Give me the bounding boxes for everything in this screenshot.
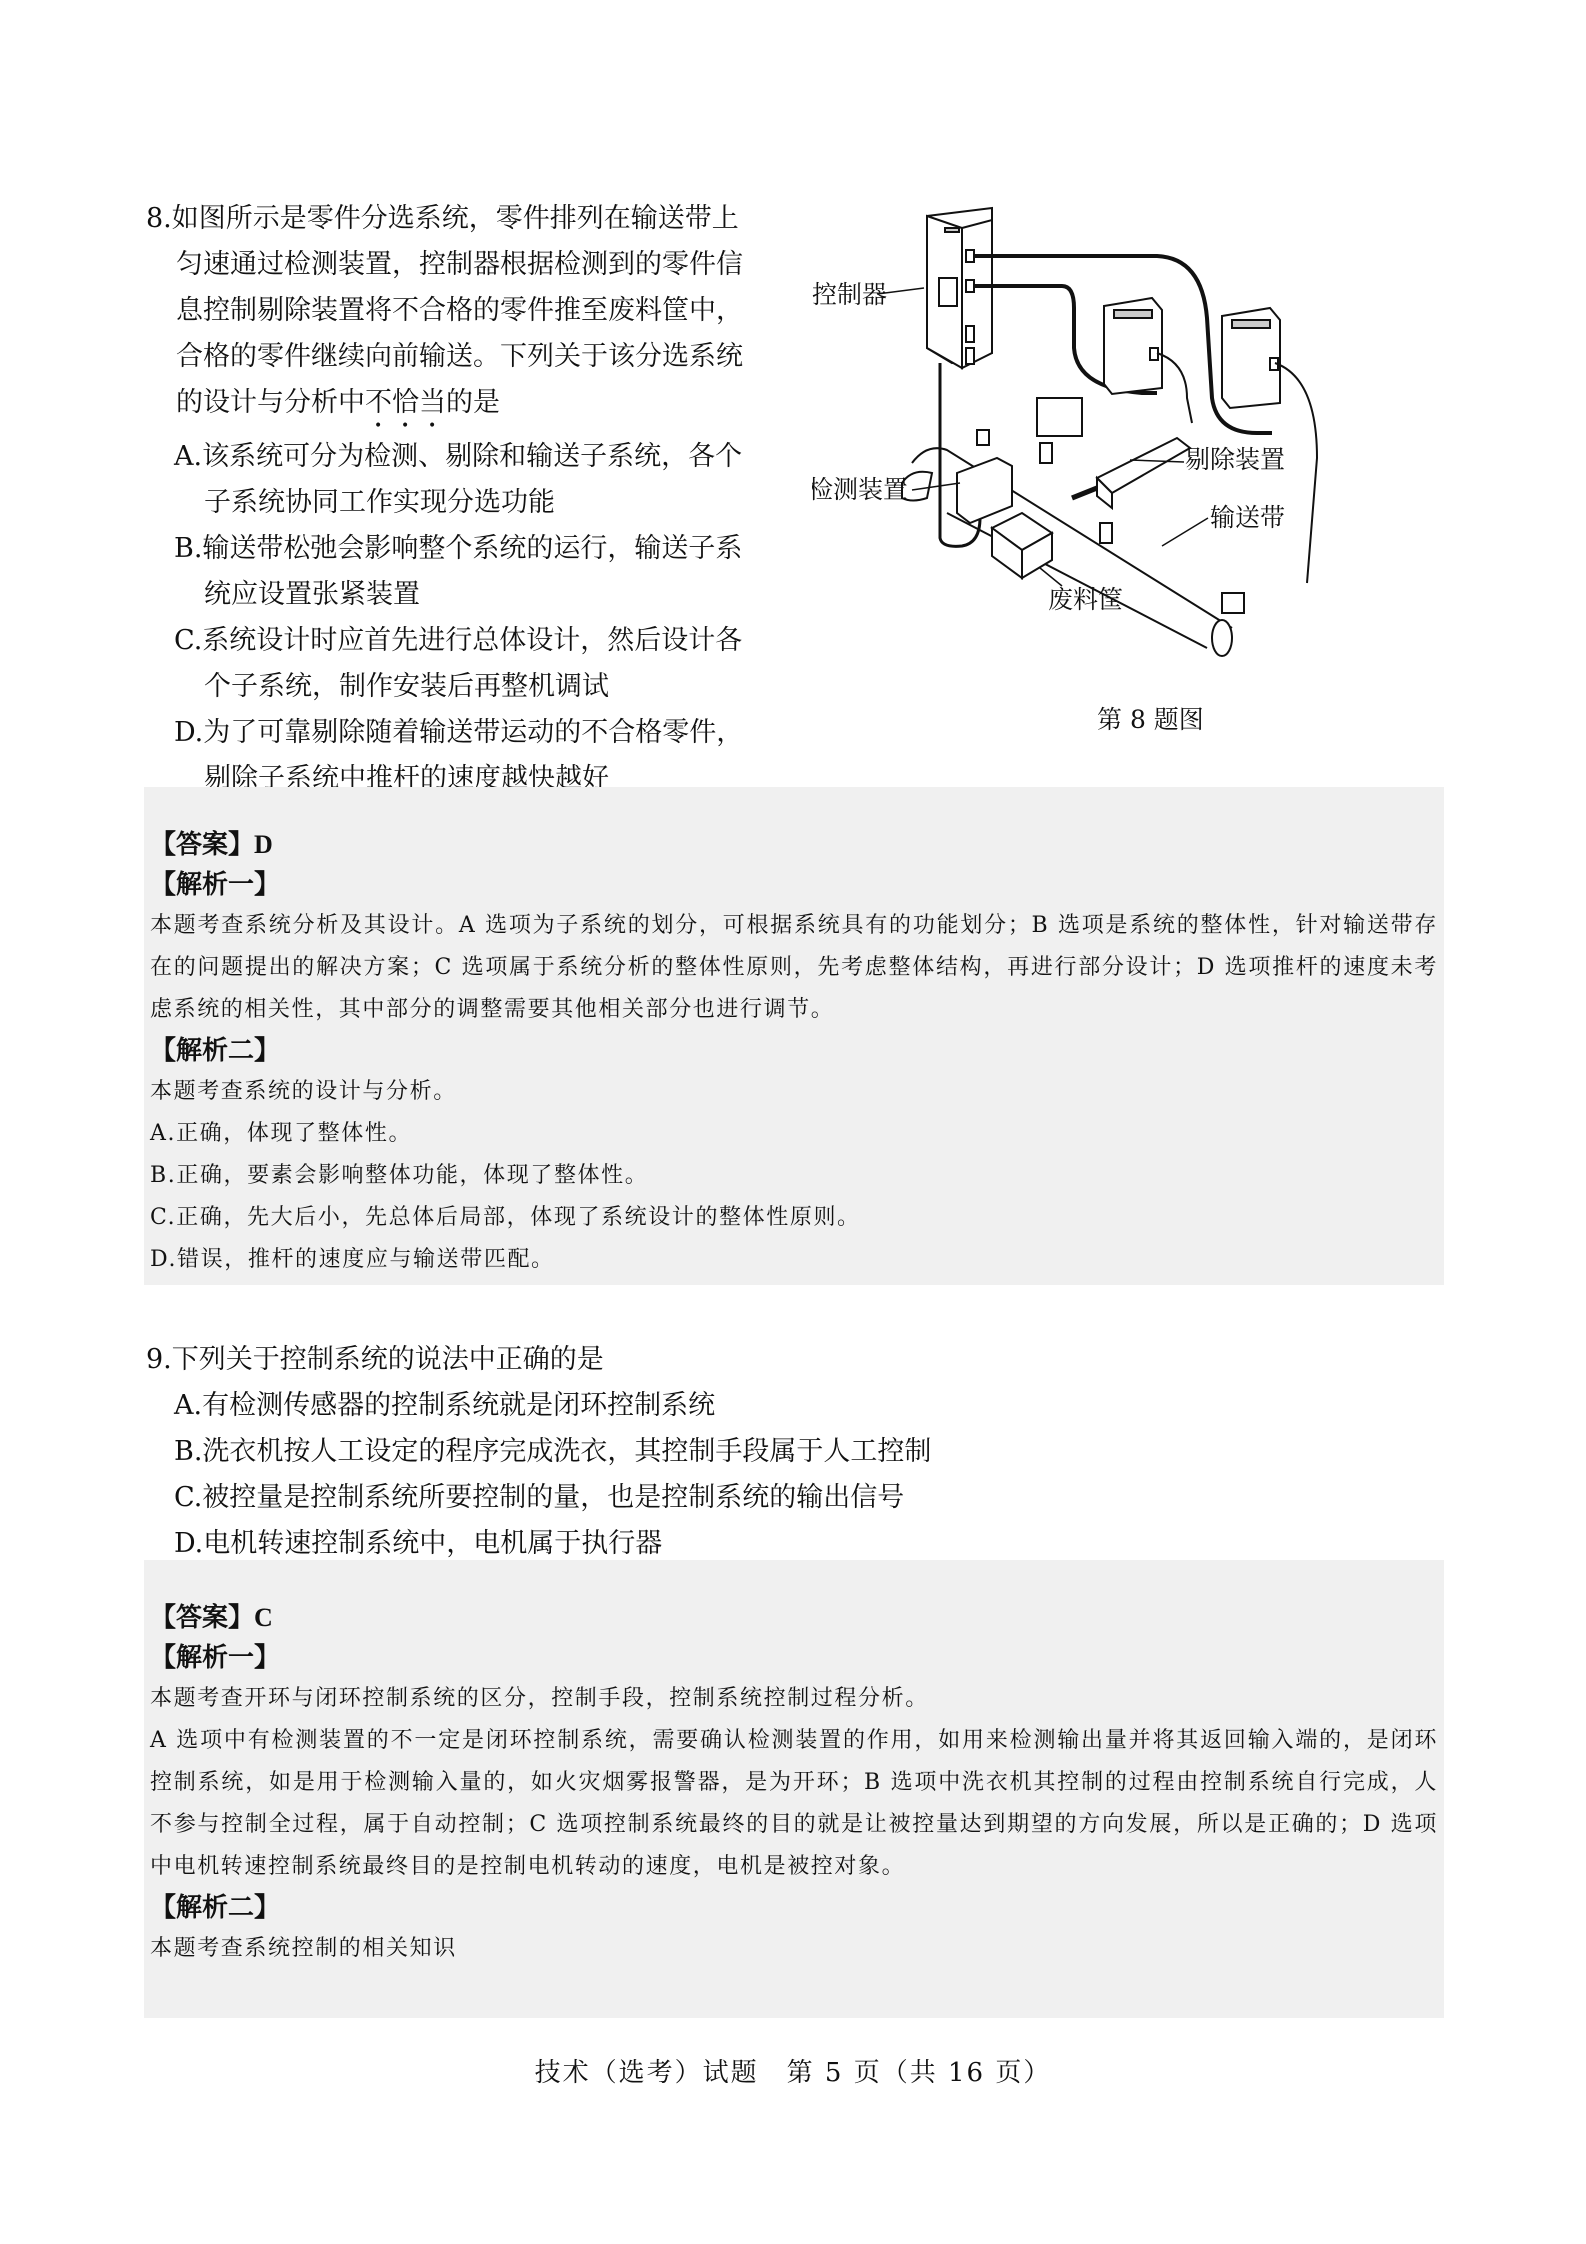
analysis-1-label: 【解析一】	[150, 1638, 1444, 1678]
question-8-option-b: B.输送带松弛会影响整个系统的运行，输送子系统应设置张紧装置	[146, 526, 786, 618]
question-8-stem-line-5: 的设计与分析中不恰当的是	[146, 380, 786, 434]
rejector-icon	[1097, 438, 1190, 493]
question-9: 9.下列关于控制系统的说法中正确的是 A.有检测传感器的控制系统就是闭环控制系统…	[146, 1337, 1346, 1567]
question-9-stem: 9.下列关于控制系统的说法中正确的是	[146, 1337, 1346, 1383]
analysis-2-line: A.正确，体现了整体性。	[150, 1113, 1444, 1155]
label-waste-bin: 废料筐	[1048, 585, 1123, 614]
question-8-stem-line-1: 8.如图所示是零件分选系统，零件排列在输送带上	[146, 196, 786, 242]
answer-label: 【答案】C	[150, 1598, 1444, 1638]
sorting-system-diagram: 控制器 检测装置 剔除装置 输送带 废料筐	[812, 198, 1452, 698]
analysis-1-text: 本题考查系统分析及其设计。A 选项为子系统的划分，可根据系统具有的功能划分；B …	[150, 905, 1444, 1031]
option-d-line-1: D.为了可靠剔除随着输送带运动的不合格零件，	[174, 717, 743, 748]
question-8-answer-box: 【答案】D 【解析一】 本题考查系统分析及其设计。A 选项为子系统的划分，可根据…	[144, 787, 1444, 1285]
option-c-line-2: 个子系统，制作安装后再整机调试	[174, 664, 786, 710]
question-8-option-a: A.该系统可分为检测、剔除和输送子系统，各个子系统协同工作实现分选功能	[146, 434, 786, 526]
question-8-stem-line-2: 匀速通过检测装置，控制器根据检测到的零件信	[146, 242, 786, 288]
question-8-figure: 控制器 检测装置 剔除装置 输送带 废料筐	[812, 198, 1452, 758]
option-c-line-1: C.系统设计时应首先进行总体设计，然后设计各	[174, 625, 742, 656]
label-controller: 控制器	[812, 280, 887, 309]
analysis-1-intro: 本题考查开环与闭环控制系统的区分，控制手段，控制系统控制过程分析。	[150, 1678, 1444, 1720]
analysis-2-text: 本题考查系统控制的相关知识	[150, 1928, 1444, 1970]
figure-caption: 第 8 题图	[1097, 700, 1204, 736]
option-a-line-1: A.该系统可分为检测、剔除和输送子系统，各个	[174, 441, 742, 472]
page-footer: 技术（选考）试题 第 5 页（共 16 页）	[0, 2052, 1586, 2089]
label-detector: 检测装置	[812, 475, 908, 504]
label-rejector: 剔除装置	[1185, 445, 1285, 474]
detector-icon	[957, 458, 1012, 523]
analysis-1-label: 【解析一】	[150, 865, 1444, 905]
question-9-option-c: C.被控量是控制系统所要控制的量，也是控制系统的输出信号	[146, 1475, 1346, 1521]
question-8-option-c: C.系统设计时应首先进行总体设计，然后设计各个子系统，制作安装后再整机调试	[146, 618, 786, 710]
analysis-2-line: C.正确，先大后小，先总体后局部，体现了系统设计的整体性原则。	[150, 1197, 1444, 1239]
question-9-answer-box: 【答案】C 【解析一】 本题考查开环与闭环控制系统的区分，控制手段，控制系统控制…	[144, 1560, 1444, 2018]
analysis-2-label: 【解析二】	[150, 1031, 1444, 1071]
analysis-2-line: 本题考查系统的设计与分析。	[150, 1071, 1444, 1113]
question-8-stem-line-4: 合格的零件继续向前输送。下列关于该分选系统	[146, 334, 786, 380]
option-b-line-2: 统应设置张紧装置	[174, 572, 786, 618]
stem-text: 的设计与分析中	[176, 387, 365, 418]
analysis-2-label: 【解析二】	[150, 1888, 1444, 1928]
question-8-stem-line-3: 息控制剔除装置将不合格的零件推至废料筐中，	[146, 288, 786, 334]
answer-label: 【答案】D	[150, 825, 1444, 865]
analysis-2-line: B.正确，要素会影响整体功能，体现了整体性。	[150, 1155, 1444, 1197]
label-conveyor: 输送带	[1210, 503, 1285, 532]
question-8: 8.如图所示是零件分选系统，零件排列在输送带上 匀速通过检测装置，控制器根据检测…	[146, 196, 786, 802]
stem-text: 的是	[446, 387, 500, 418]
question-9-option-a: A.有检测传感器的控制系统就是闭环控制系统	[146, 1383, 1346, 1429]
option-a-line-2: 子系统协同工作实现分选功能	[174, 480, 786, 526]
analysis-2-line: D.错误，推杆的速度应与输送带匹配。	[150, 1239, 1444, 1281]
analysis-1-text: A 选项中有检测装置的不一定是闭环控制系统，需要确认检测装置的作用，如用来检测输…	[150, 1720, 1444, 1888]
question-9-option-b: B.洗衣机按人工设定的程序完成洗衣，其控制手段属于人工控制	[146, 1429, 1346, 1475]
emphasized-text: 不恰当	[365, 387, 446, 418]
option-b-line-1: B.输送带松弛会影响整个系统的运行，输送子系	[174, 533, 742, 564]
